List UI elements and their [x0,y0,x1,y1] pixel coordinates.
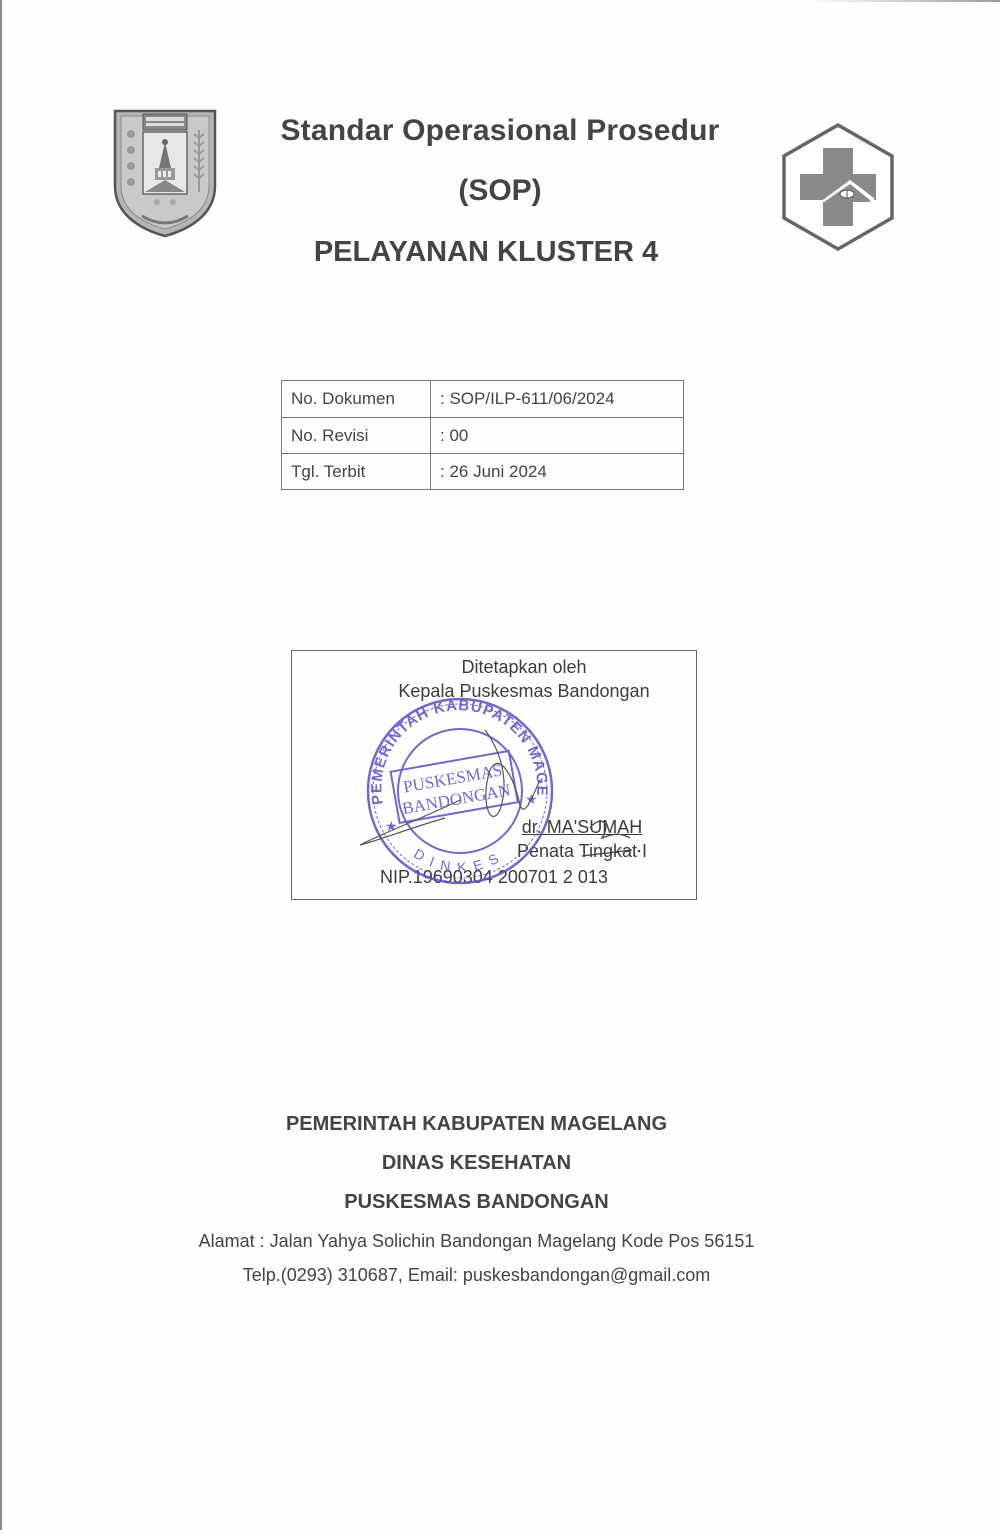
table-row: No. Dokumen : SOP/ILP-611/06/2024 [282,381,684,418]
document-title: Standar Operasional Prosedur [200,114,800,148]
signature-icon [350,710,650,870]
table-row: No. Revisi : 00 [282,418,684,454]
document-subject: PELAYANAN KLUSTER 4 [186,236,786,269]
org-department: DINAS KESEHATAN [0,1152,953,1175]
page-edge-top [810,0,1000,2]
address-text: Alamat : Jalan Yahya Solichin Bandongan … [0,1231,953,1252]
issue-date-value: : 26 Juni 2024 [431,454,684,490]
issue-date-label: Tgl. Terbit [282,454,431,490]
approval-heading: Ditetapkan oleh [322,657,726,678]
revision-label: No. Revisi [282,418,431,454]
contact-text: Telp.(0293) 310687, Email: puskesbandong… [0,1265,953,1286]
org-facility: PUSKESMAS BANDONGAN [0,1191,953,1214]
page-edge [0,0,2,1530]
puskesmas-hexagon-cross-icon [780,122,896,252]
table-row: Tgl. Terbit : 26 Juni 2024 [282,454,684,490]
doc-number-value: : SOP/ILP-611/06/2024 [431,381,684,418]
org-government: PEMERINTAH KABUPATEN MAGELANG [0,1113,953,1136]
doc-number-label: No. Dokumen [282,381,431,418]
document-info-table: No. Dokumen : SOP/ILP-611/06/2024 No. Re… [281,380,684,490]
revision-value: : 00 [431,418,684,454]
document-title-abbreviation: (SOP) [200,174,800,208]
